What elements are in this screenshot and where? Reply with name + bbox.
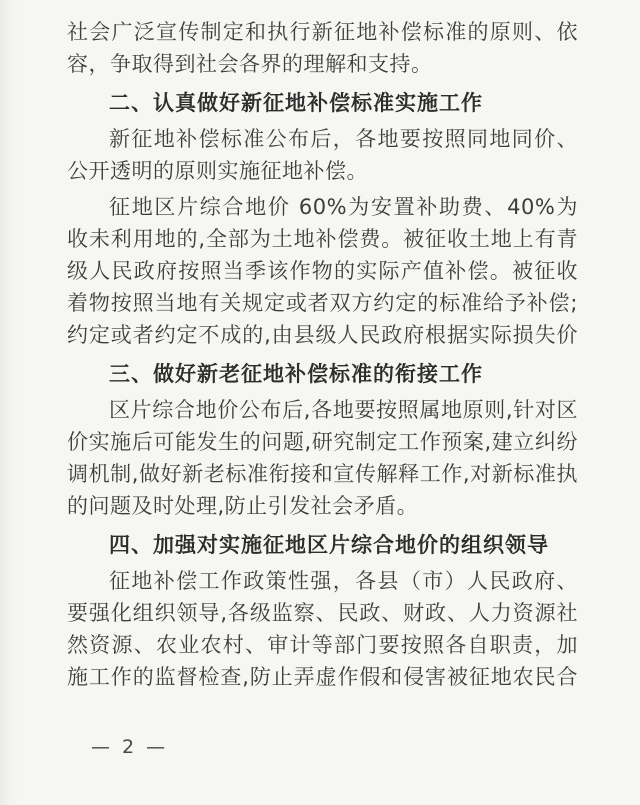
text-line: 社会广泛宣传制定和执行新征地补偿标准的原则、依据和有关内 <box>67 16 578 48</box>
section-heading: 二、认真做好新征地补偿标准实施工作 <box>67 87 578 119</box>
text-line: 征地补偿工作政策性强，各县（市）人民政府、新区管委会 <box>67 565 578 597</box>
scanned-page: 社会广泛宣传制定和执行新征地补偿标准的原则、依据和有关内容，争取得到社会各界的理… <box>0 0 640 805</box>
text-line: 收未利用地的,全部为土地补偿费。被征收土地上有青苗的,由县 <box>67 223 578 255</box>
text-line: 价实施后可能发生的问题,研究制定工作预案,建立纠纷处理和协 <box>67 426 578 458</box>
text-line: 的问题及时处理,防止引发社会矛盾。 <box>67 490 578 522</box>
text-line: 区片综合地价公布后,各地要按照属地原则,针对区片综合地 <box>67 394 578 426</box>
text-line: 约定或者约定不成的,由县级人民政府根据实际损失价值确定。 <box>67 319 578 351</box>
text-line: 征地区片综合地价 60%为安置补助费、40%为土地补偿费;征 <box>67 191 578 223</box>
text-line: 容，争取得到社会各界的理解和支持。 <box>67 48 578 80</box>
document-body: 社会广泛宣传制定和执行新征地补偿标准的原则、依据和有关内容，争取得到社会各界的理… <box>67 16 578 693</box>
text-line: 级人民政府按照当季该作物的实际产值补偿。被征收土地上的附 <box>67 255 578 287</box>
text-line: 然资源、农业农村、审计等部门要按照各自职责，加强对各地实 <box>67 629 578 661</box>
document-page: { "page": { "number_label": "— 2 —", "co… <box>0 0 640 805</box>
text-line: 新征地补偿标准公布后，各地要按照同地同价、协调平衡、 <box>67 123 578 155</box>
text-line: 要强化组织领导,各级监察、民政、财政、人力资源社会保障、自 <box>67 597 578 629</box>
text-line: 调机制,做好新老标准衔接和宣传解释工作,对新标准执行中出现 <box>67 458 578 490</box>
text-line: 公开透明的原则实施征地补偿。 <box>67 155 578 187</box>
section-heading: 三、做好新老征地补偿标准的衔接工作 <box>67 358 578 390</box>
page-number: — 2 — <box>91 735 168 759</box>
text-line: 施工作的监督检查,防止弄虚作假和侵害被征地农民合法权益的 <box>67 661 578 693</box>
text-line: 着物按照当地有关规定或者双方约定的标准给予补偿;没有规定、 <box>67 287 578 319</box>
section-heading: 四、加强对实施征地区片综合地价的组织领导 <box>67 529 578 561</box>
